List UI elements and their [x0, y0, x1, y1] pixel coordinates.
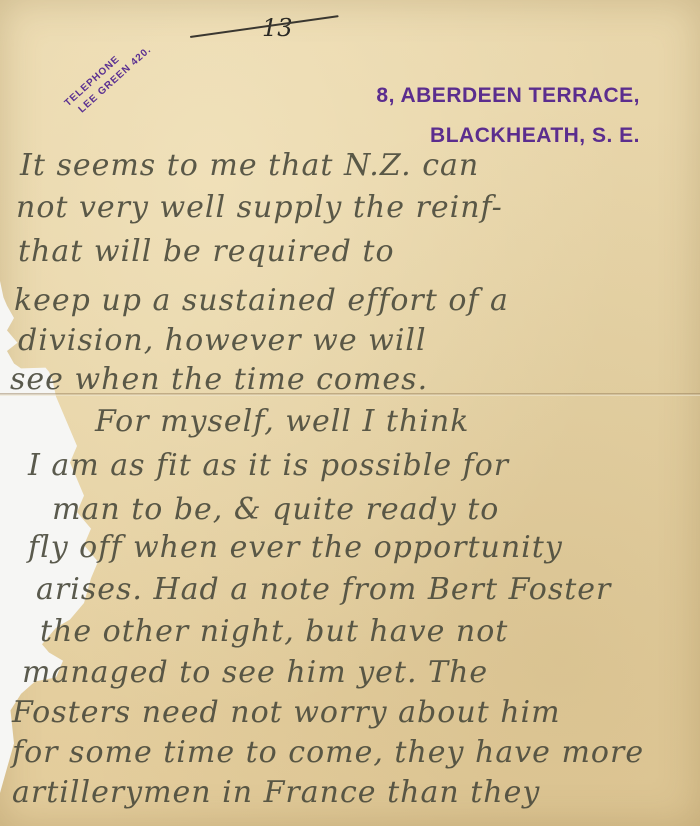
body-line: I am as fit as it is possible for: [28, 448, 509, 483]
body-line: artillerymen in France than they: [12, 775, 540, 810]
body-line: fly off when ever the opportunity: [28, 530, 563, 565]
body-line: not very well supply the reinf-: [16, 190, 503, 225]
body-line: that will be required to: [18, 234, 395, 269]
body-line: It seems to me that N.Z. can: [20, 148, 479, 183]
body-line: managed to see him yet. The: [22, 655, 488, 690]
letter-page: 13 TELEPHONE LEE GREEN 420. 8, ABERDEEN …: [0, 0, 700, 826]
body-line: Fosters need not worry about him: [12, 695, 561, 730]
body-line: man to be, & quite ready to: [52, 492, 499, 527]
body-line: keep up a sustained effort of a: [14, 283, 509, 318]
body-line: see when the time comes.: [10, 362, 428, 397]
body-line: arises. Had a note from Bert Foster: [36, 572, 611, 607]
body-line: For myself, well I think: [95, 404, 469, 439]
body-line: for some time to come, they have more: [12, 735, 644, 770]
body-line: division, however we will: [18, 323, 427, 358]
letter-body: It seems to me that N.Z. can not very we…: [0, 0, 700, 826]
body-line: the other night, but have not: [40, 614, 508, 649]
